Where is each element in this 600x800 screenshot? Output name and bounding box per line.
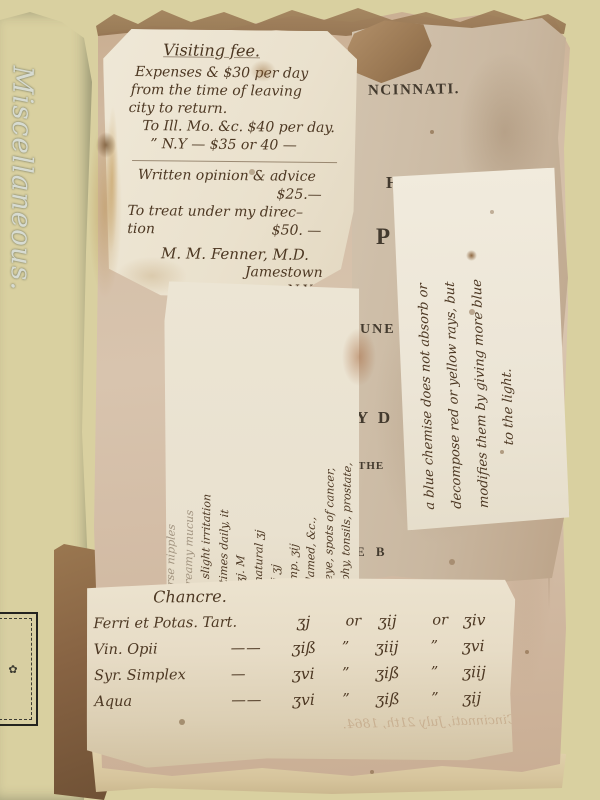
blue-light-text: a blue chemise does not absorb or decomp… (390, 167, 569, 530)
print-fragment-yd: Y D (356, 408, 393, 428)
fee-line: To Ill. Mo. &c. $40 per day. (142, 117, 348, 137)
rx-dose: ʒiß (292, 635, 342, 662)
rx-conjunction: ” (431, 659, 463, 685)
rx-dose: ʒvi (292, 687, 342, 714)
rx-dose: ʒiv (463, 607, 516, 634)
visiting-fee-text: Visiting fee. Expenses & $30 per day fro… (127, 41, 350, 300)
cover-ornament-inner: ✿ (0, 618, 32, 720)
blue-light-note: a blue chemise does not absorb or decomp… (390, 167, 569, 530)
rx-conjunction: ” (342, 660, 376, 686)
rx-dose: ʒiß (375, 660, 431, 687)
fee-word: tion (127, 220, 155, 238)
print-fragment-une: UNE (360, 322, 396, 338)
rx-conjunction: or (432, 607, 463, 633)
fee-line: city to return. (129, 99, 349, 119)
bleed-through-text: Cincinnati, July 21th, 1864. (138, 711, 516, 737)
rx-conjunction: ” (431, 685, 463, 711)
rx-dose: ʒij (462, 685, 516, 712)
rx-dash: —— (231, 687, 292, 714)
rx-conjunction: ” (430, 633, 462, 659)
print-fragment-eb: E B (356, 544, 389, 560)
rx-ingredient: Ferri et Potas. Tart. (93, 610, 237, 638)
ink-rule (132, 160, 337, 163)
fee-note-title: Visiting fee. (163, 41, 349, 61)
cover-title: Miscellaneous. (4, 18, 40, 338)
rx-dose: ʒiij (462, 659, 516, 686)
fee-line: To treat under my direc– (127, 202, 347, 222)
fee-line: ” N.Y — $35 or 40 — (150, 135, 348, 155)
rx-dose: ʒvi (292, 661, 342, 688)
rx-conjunction: ” (342, 686, 376, 712)
rx-dose: ʒij (378, 608, 433, 635)
chancre-prescription-note: Chancre. Ferri et Potas. Tart. ʒj or ʒij… (85, 574, 517, 768)
rx-conjunction: or (345, 608, 378, 634)
print-fragment-the: THE (358, 460, 384, 472)
rx-dose: ʒj (297, 609, 346, 636)
fee-line: Written opinion & advice (138, 166, 348, 186)
fee-line: from the time of leaving (131, 81, 349, 101)
print-fragment-p: P (376, 224, 390, 250)
fee-line: tion $50. — (127, 220, 347, 240)
rx-dose: ʒvi (462, 633, 516, 660)
rx-dose: ʒiij (375, 634, 431, 661)
rx-dose: ʒiß (375, 686, 431, 713)
signature: M. M. Fenner, M.D. (161, 244, 347, 264)
rx-ingredient: Syr. Simplex (94, 662, 231, 689)
rx-row: Aqua —— ʒvi ” ʒiß ” ʒij (94, 685, 516, 715)
fee-amount: $50. — (272, 221, 322, 240)
masthead-fragment: NCINNATI. (368, 81, 460, 100)
visiting-fee-note: Visiting fee. Expenses & $30 per day fro… (101, 29, 358, 306)
chancre-title: Chancre. (153, 584, 515, 607)
rx-dash: —— (231, 635, 292, 662)
rx-dash: — (231, 661, 292, 688)
fee-line: Expenses & $30 per day (135, 63, 349, 83)
rx-ingredient: Vin. Opii (94, 636, 231, 663)
rx-conjunction: ” (342, 634, 376, 660)
rx-dash (237, 609, 297, 636)
fee-amount: $25.— (128, 184, 322, 204)
cover-ornament: ✿ (0, 612, 38, 726)
rx-ingredient: Aqua (94, 688, 231, 715)
